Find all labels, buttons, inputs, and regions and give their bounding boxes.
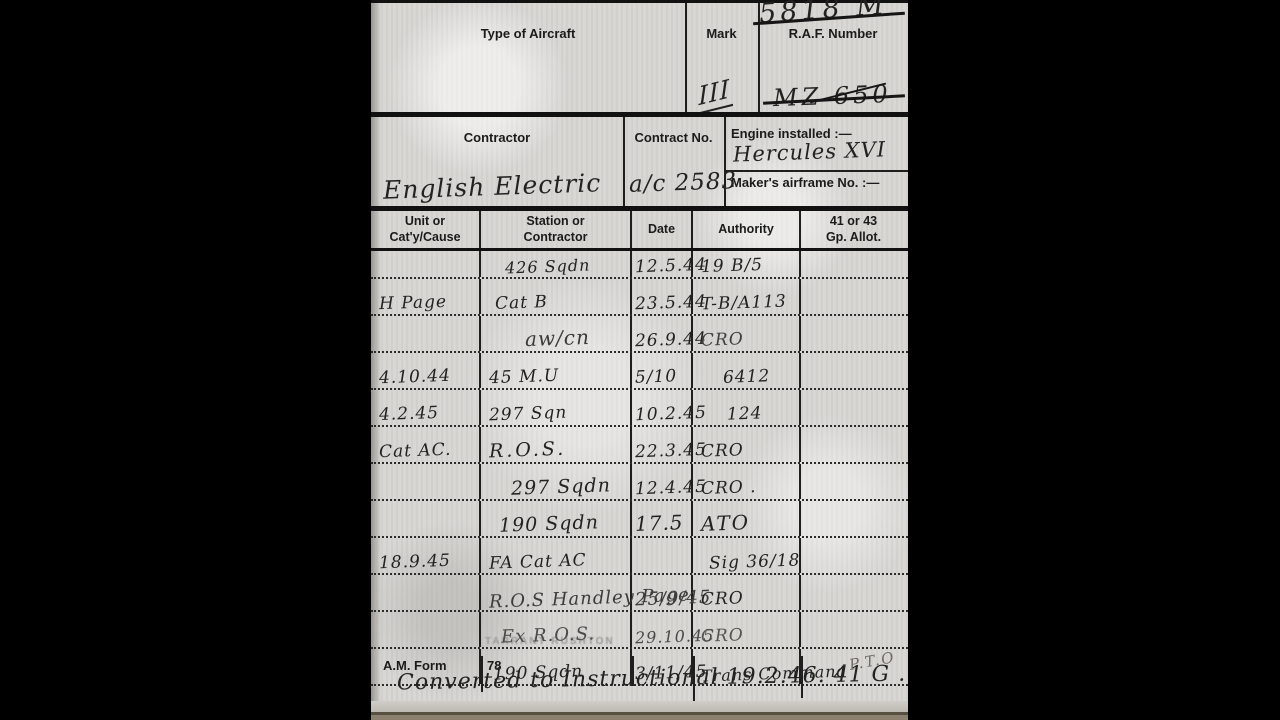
col-header-date: Date [632,211,693,248]
cell-station: FA Cat AC [481,538,632,573]
cell-allot [801,427,906,462]
cell-date: 23.5.44 [632,279,693,314]
cell-allot [801,353,906,388]
cell-unit [371,464,481,499]
aircraft-movement-card: Type of Aircraft Mark R.A.F. Number 5818… [371,0,908,720]
mark-label: Mark [685,26,758,41]
divider-type-mark [685,3,687,116]
cell-date: 17.5 [632,501,693,536]
cell-unit [371,575,481,610]
cell-unit: 4.2.45 [371,390,481,425]
contractor-handwritten-value: English Electric [383,168,602,205]
cell-date: 22.3.45 [632,427,693,462]
table-row: aw/cn 26.9.44 CRO [371,316,908,353]
cell-station: 297 Sqn [481,390,632,425]
cell-authority: ATO [693,501,801,536]
cell-authority: CRO [693,427,801,462]
contract-no-label: Contract No. [623,130,724,145]
col-header-station-line2: Contractor [481,230,630,246]
movement-table-header: Unit or Cat'y/Cause Station or Contracto… [371,211,908,251]
card-bottom-edge-brown [371,715,908,720]
cell-authority: 6412 [693,353,801,388]
cell-authority: 124 [693,390,801,425]
contractor-label: Contractor [371,130,623,145]
col-header-allot-line2: Gp. Allot. [801,230,906,246]
cell-unit [371,251,481,277]
cell-date: 12.5.44 [632,251,693,277]
table-row: 18.9.45 FA Cat AC Sig 36/18 [371,538,908,575]
cell-authority: CRO . [693,464,801,499]
cell-authority: CRO [693,316,801,351]
card-bottom-shadow [371,701,908,712]
makers-airframe-label: Maker's airframe No. :— [731,175,879,190]
raf-number-label: R.A.F. Number [758,26,908,41]
cell-allot [801,538,906,573]
cell-authority: Sig 36/18 [693,538,801,573]
section1-bottom-border [371,112,908,117]
cell-allot [801,612,906,647]
cell-authority: Trans Command [693,649,801,684]
cell-unit: 4.10.44 [371,353,481,388]
col-header-date-line1: Date [632,222,691,238]
divider-contractno-engine [724,117,726,209]
col-header-unit-line2: Cat'y/Cause [371,230,479,246]
engine-airframe-divider [724,170,908,172]
col-header-allot-line1: 41 or 43 [801,214,906,230]
cell-unit: H Page [371,279,481,314]
cell-unit: 18.9.45 [371,538,481,573]
table-row: R.O.S Handley Page, 25/9/45 CRO [371,575,908,612]
cell-unit [371,501,481,536]
cell-station: R.O.S. [481,427,632,462]
type-of-aircraft-label: Type of Aircraft [371,26,685,41]
engine-handwritten-value: Hercules XVI [733,137,887,166]
cell-date: 10.2.45 [632,390,693,425]
cell-date: 5/10 [632,353,693,388]
cell-unit: Cat AC. [371,427,481,462]
col-header-unit-line1: Unit or [371,214,479,230]
col-header-station: Station or Contractor [481,211,632,248]
cell-authority: CRO [693,612,801,647]
table-row: 4.2.45 297 Sqn 10.2.45 124 [371,390,908,427]
table-row: Cat AC. R.O.S. 22.3.45 CRO [371,427,908,464]
cell-allot [801,464,906,499]
cell-allot [801,390,906,425]
cell-date: 26.9.44 [632,316,693,351]
cell-authority: T-B/A113 [693,279,801,314]
cell-station: 297 Sqdn [481,464,632,499]
table-row: Ex R.O.S. 29.10.45 CRO [371,612,908,649]
movement-table-rows: 426 Sqdn 12.5.44 19 B/5 H Page Cat B 23.… [371,251,908,686]
table-row: H Page Cat B 23.5.44 T-B/A113 [371,279,908,316]
col-header-station-line1: Station or [481,214,630,230]
cell-allot [801,575,906,610]
cell-allot [801,279,906,314]
table-row: 297 Sqdn 12.4.45 CRO . [371,464,908,501]
cell-date: 3/11/45 [632,649,693,684]
cell-authority: 19 B/5 [693,251,801,277]
cell-station: R.O.S Handley Page, [481,575,632,610]
table-row: 426 Sqdn 12.5.44 19 B/5 [371,251,908,279]
col-header-authority-line1: Authority [693,222,799,238]
col-header-allot: 41 or 43 Gp. Allot. [801,211,906,248]
cell-date: 12.4.45 [632,464,693,499]
table-row: 190 Sqdn 17.5 ATO [371,501,908,538]
cell-station: aw/cn [481,316,632,351]
cell-unit [371,316,481,351]
cell-station: 426 Sqdn [481,251,632,277]
cell-allot [801,251,906,277]
cell-date [632,538,693,573]
cell-unit [371,612,481,647]
cell-station: 190 Sqdn [481,501,632,536]
contract-no-handwritten-value: a/c 2583 [629,168,738,198]
cell-allot [801,316,906,351]
cell-station: 45 M.U [481,353,632,388]
cell-date: 25/9/45 [632,575,693,610]
col-header-unit: Unit or Cat'y/Cause [371,211,481,248]
table-row: 4.10.44 45 M.U 5/10 6412 [371,353,908,390]
movement-table: Unit or Cat'y/Cause Station or Contracto… [371,211,908,686]
mark-handwritten-value: III [696,73,733,115]
cell-authority: CRO [693,575,801,610]
col-header-authority: Authority [693,211,801,248]
cell-date: 29.10.45 [632,612,693,647]
cell-allot [801,501,906,536]
cell-station: Cat B [481,279,632,314]
